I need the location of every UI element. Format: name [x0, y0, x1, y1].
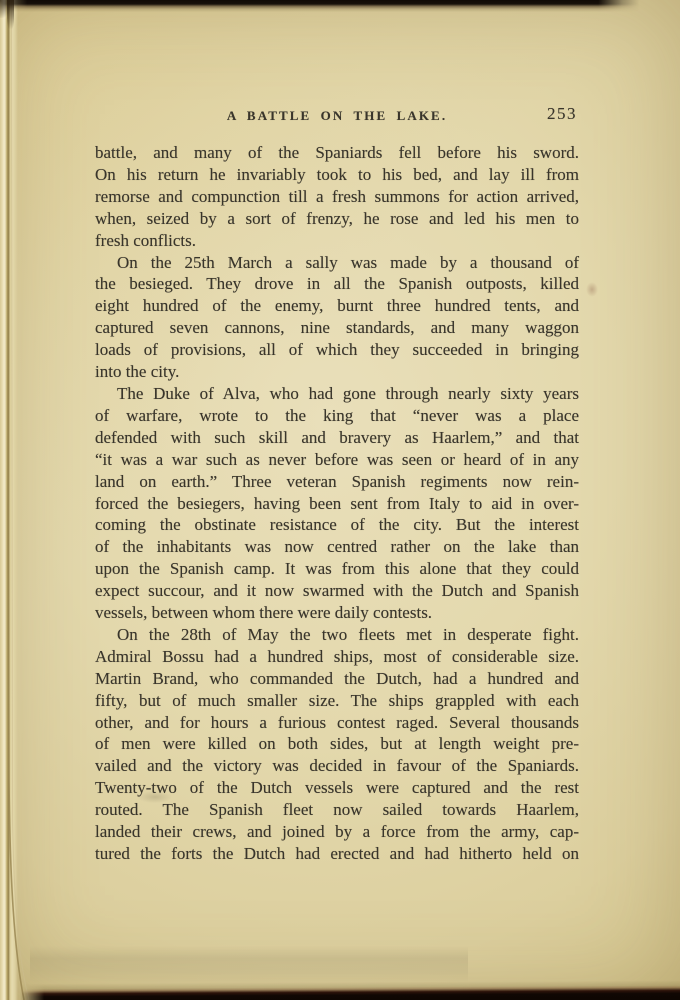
page-text: battle, and many of the Spaniards fell b… [95, 142, 579, 865]
running-title: A BATTLE ON THE LAKE. [95, 108, 579, 124]
text-line: landed their crews, and joined by a forc… [95, 821, 579, 843]
printed-page-content: A BATTLE ON THE LAKE. 253 battle, and ma… [95, 106, 579, 126]
text-line: On the 28th of May the two fleets met in… [95, 624, 579, 646]
page-number: 253 [547, 104, 577, 124]
paper-speck [586, 282, 598, 297]
book-bottom-edge-shadow [0, 980, 680, 1000]
text-line: of men were killed on both sides, but at… [95, 733, 579, 755]
text-line: captured seven cannons, nine standards, … [95, 317, 579, 339]
text-line: land on earth.” Three veteran Spanish re… [95, 471, 579, 493]
text-line: On his return he invariably took to his … [95, 164, 579, 186]
text-line: routed. The Spanish fleet now sailed tow… [95, 799, 579, 821]
book-top-gutter-shadow [0, 0, 680, 12]
text-line: fresh conflicts. [95, 230, 579, 252]
text-line: tured the forts the Dutch had erected an… [95, 843, 579, 865]
text-line: The Duke of Alva, who had gone through n… [95, 383, 579, 405]
text-line: “it was a war such as never before was s… [95, 449, 579, 471]
text-line: coming the obstinate resistance of the c… [95, 514, 579, 536]
text-line: when, seized by a sort of frenzy, he ros… [95, 208, 579, 230]
page-header: A BATTLE ON THE LAKE. 253 [95, 106, 579, 126]
text-line: other, and for hours a furious contest r… [95, 712, 579, 734]
text-line: remorse and compunction till a fresh sum… [95, 186, 579, 208]
text-line: upon the Spanish camp. It was from this … [95, 558, 579, 580]
text-line: battle, and many of the Spaniards fell b… [95, 142, 579, 164]
text-line: fifty, but of much smaller size. The shi… [95, 690, 579, 712]
text-line: vessels, between whom there were daily c… [95, 602, 579, 624]
text-line: loads of provisions, all of which they s… [95, 339, 579, 361]
text-line: of warfare, wrote to the king that “neve… [95, 405, 579, 427]
page-edge-crease-lines [0, 0, 34, 1000]
text-line: forced the besiegers, having been sent f… [95, 493, 579, 515]
book-page-scan: A BATTLE ON THE LAKE. 253 battle, and ma… [0, 0, 680, 1000]
text-line: vailed and the victory was decided in fa… [95, 755, 579, 777]
text-line: Martin Brand, who commanded the Dutch, h… [95, 668, 579, 690]
text-line: the besieged. They drove in all the Span… [95, 273, 579, 295]
text-line: expect succour, and it now swarmed with … [95, 580, 579, 602]
text-line: into the city. [95, 361, 579, 383]
text-line: defended with such skill and bravery as … [95, 427, 579, 449]
text-line: Admiral Bossu had a hundred ships, most … [95, 646, 579, 668]
text-line: On the 25th March a sally was made by a … [95, 252, 579, 274]
text-line: Twenty-two of the Dutch vessels were cap… [95, 777, 579, 799]
text-line: eight hundred of the enemy, burnt three … [95, 295, 579, 317]
text-line: of the inhabitants was now centred rathe… [95, 536, 579, 558]
scan-artifact-band [30, 946, 468, 982]
top-left-page-edge-shadow [7, 0, 14, 32]
